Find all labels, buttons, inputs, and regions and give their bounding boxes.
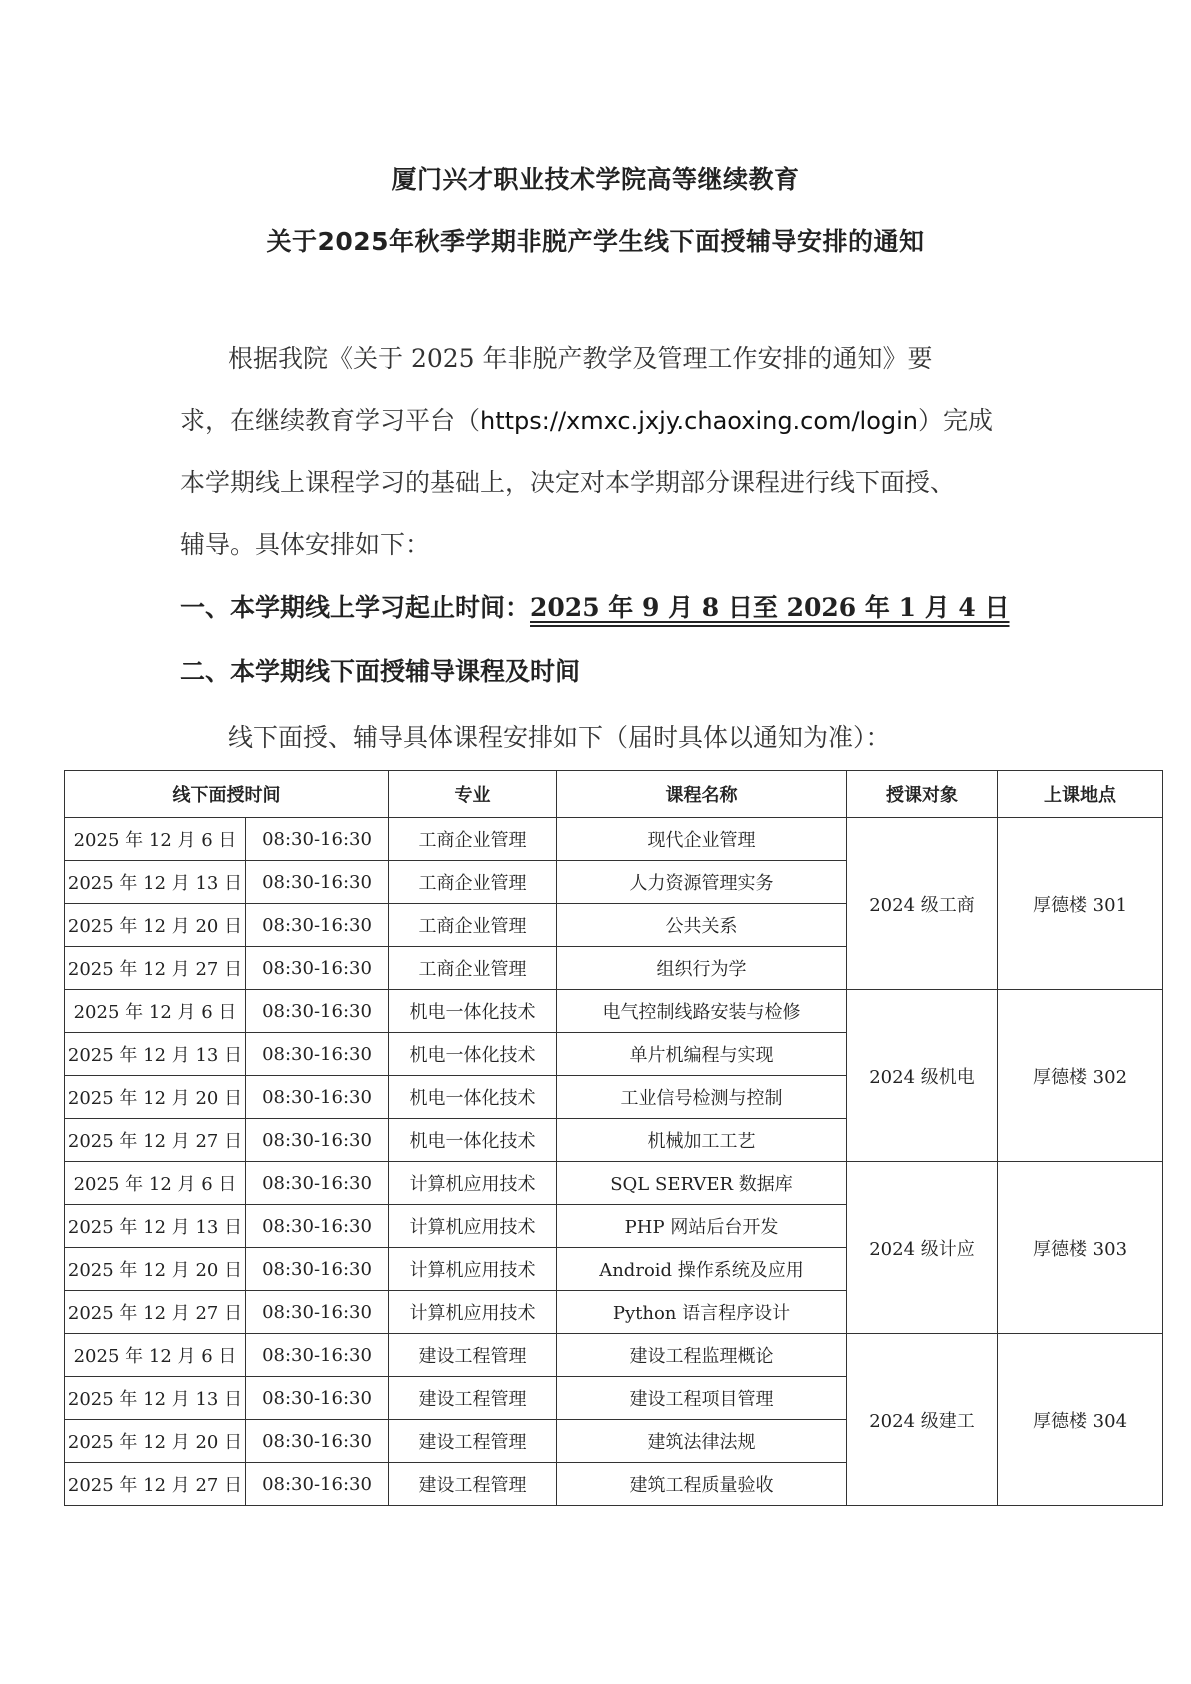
cell-major: 建设工程管理	[389, 1377, 557, 1420]
schedule-intro: 线下面授、辅导具体课程安排如下（届时具体以通知为准）：	[228, 718, 891, 754]
cell-time: 08:30-16:30	[246, 1334, 389, 1377]
cell-major: 建设工程管理	[389, 1334, 557, 1377]
cell-major: 机电一体化技术	[389, 990, 557, 1033]
cell-major: 计算机应用技术	[389, 1248, 557, 1291]
section1-date-range: 2025 年 9 月 8 日至 2026 年 1 月 4 日	[530, 593, 1009, 622]
cell-target: 2024 级工商	[847, 818, 998, 990]
cell-course: 建筑法律法规	[557, 1420, 847, 1463]
cell-course: 单片机编程与实现	[557, 1033, 847, 1076]
section1-label: 一、本学期线上学习起止时间：	[180, 593, 530, 622]
table-row: 2025 年 12 月 6 日 08:30-16:30 建设工程管理 建设工程监…	[65, 1334, 1163, 1377]
table-row: 2025 年 12 月 6 日 08:30-16:30 计算机应用技术 SQL …	[65, 1162, 1163, 1205]
cell-target: 2024 级建工	[847, 1334, 998, 1506]
cell-major: 计算机应用技术	[389, 1162, 557, 1205]
cell-major: 建设工程管理	[389, 1463, 557, 1506]
cell-time: 08:30-16:30	[246, 1119, 389, 1162]
cell-course: 电气控制线路安装与检修	[557, 990, 847, 1033]
cell-date: 2025 年 12 月 20 日	[65, 1076, 246, 1119]
body-line-4: 辅导。具体安排如下：	[180, 514, 1020, 576]
cell-date: 2025 年 12 月 13 日	[65, 1205, 246, 1248]
cell-location: 厚德楼 301	[998, 818, 1163, 990]
cell-time: 08:30-16:30	[246, 818, 389, 861]
header-target: 授课对象	[847, 771, 998, 818]
cell-time: 08:30-16:30	[246, 947, 389, 990]
cell-date: 2025 年 12 月 20 日	[65, 1420, 246, 1463]
cell-target: 2024 级机电	[847, 990, 998, 1162]
cell-date: 2025 年 12 月 13 日	[65, 1377, 246, 1420]
cell-date: 2025 年 12 月 6 日	[65, 818, 246, 861]
cell-time: 08:30-16:30	[246, 1463, 389, 1506]
cell-major: 工商企业管理	[389, 904, 557, 947]
cell-date: 2025 年 12 月 20 日	[65, 904, 246, 947]
cell-time: 08:30-16:30	[246, 861, 389, 904]
cell-course: 建筑工程质量验收	[557, 1463, 847, 1506]
cell-date: 2025 年 12 月 27 日	[65, 1119, 246, 1162]
header-location: 上课地点	[998, 771, 1163, 818]
cell-time: 08:30-16:30	[246, 904, 389, 947]
cell-date: 2025 年 12 月 27 日	[65, 1291, 246, 1334]
cell-major: 计算机应用技术	[389, 1291, 557, 1334]
header-time: 线下面授时间	[65, 771, 389, 818]
cell-time: 08:30-16:30	[246, 1205, 389, 1248]
body-line-3: 本学期线上课程学习的基础上，决定对本学期部分课程进行线下面授、	[180, 452, 1020, 514]
cell-course: 工业信号检测与控制	[557, 1076, 847, 1119]
cell-date: 2025 年 12 月 20 日	[65, 1248, 246, 1291]
cell-date: 2025 年 12 月 6 日	[65, 990, 246, 1033]
cell-time: 08:30-16:30	[246, 990, 389, 1033]
cell-major: 机电一体化技术	[389, 1076, 557, 1119]
section1-heading: 一、本学期线上学习起止时间：2025 年 9 月 8 日至 2026 年 1 月…	[180, 588, 1010, 624]
cell-time: 08:30-16:30	[246, 1377, 389, 1420]
cell-date: 2025 年 12 月 27 日	[65, 1463, 246, 1506]
cell-course: 组织行为学	[557, 947, 847, 990]
cell-course: 建设工程监理概论	[557, 1334, 847, 1377]
cell-target: 2024 级计应	[847, 1162, 998, 1334]
cell-major: 建设工程管理	[389, 1420, 557, 1463]
cell-time: 08:30-16:30	[246, 1291, 389, 1334]
body-line-2: 求，在继续教育学习平台（https://xmxc.jxjy.chaoxing.c…	[180, 390, 1020, 452]
document-title-line1: 厦门兴才职业技术学院高等继续教育	[0, 160, 1191, 196]
body-paragraph: 根据我院《关于 2025 年非脱产教学及管理工作安排的通知》要 求，在继续教育学…	[180, 328, 1020, 576]
body-line-2-post: ）完成	[918, 406, 993, 435]
cell-location: 厚德楼 304	[998, 1334, 1163, 1506]
platform-url-link[interactable]: https://xmxc.jxjy.chaoxing.com/login	[480, 407, 918, 435]
table-header-row: 线下面授时间 专业 课程名称 授课对象 上课地点	[65, 771, 1163, 818]
cell-location: 厚德楼 302	[998, 990, 1163, 1162]
cell-time: 08:30-16:30	[246, 1248, 389, 1291]
body-line-1: 根据我院《关于 2025 年非脱产教学及管理工作安排的通知》要	[180, 328, 1020, 390]
cell-course: SQL SERVER 数据库	[557, 1162, 847, 1205]
cell-time: 08:30-16:30	[246, 1420, 389, 1463]
cell-course: PHP 网站后台开发	[557, 1205, 847, 1248]
cell-date: 2025 年 12 月 27 日	[65, 947, 246, 990]
cell-course: Python 语言程序设计	[557, 1291, 847, 1334]
schedule-table: 线下面授时间 专业 课程名称 授课对象 上课地点 2025 年 12 月 6 日…	[64, 770, 1163, 1506]
document-title-line2: 关于2025年秋季学期非脱产学生线下面授辅导安排的通知	[0, 222, 1191, 258]
section2-heading: 二、本学期线下面授辅导课程及时间	[180, 652, 580, 688]
cell-major: 计算机应用技术	[389, 1205, 557, 1248]
cell-date: 2025 年 12 月 13 日	[65, 1033, 246, 1076]
header-course: 课程名称	[557, 771, 847, 818]
cell-date: 2025 年 12 月 6 日	[65, 1334, 246, 1377]
cell-major: 机电一体化技术	[389, 1119, 557, 1162]
cell-location: 厚德楼 303	[998, 1162, 1163, 1334]
cell-date: 2025 年 12 月 6 日	[65, 1162, 246, 1205]
cell-major: 工商企业管理	[389, 818, 557, 861]
cell-date: 2025 年 12 月 13 日	[65, 861, 246, 904]
cell-time: 08:30-16:30	[246, 1076, 389, 1119]
header-major: 专业	[389, 771, 557, 818]
cell-major: 机电一体化技术	[389, 1033, 557, 1076]
cell-course: Android 操作系统及应用	[557, 1248, 847, 1291]
table-row: 2025 年 12 月 6 日 08:30-16:30 工商企业管理 现代企业管…	[65, 818, 1163, 861]
body-line-2-pre: 求，在继续教育学习平台（	[180, 406, 480, 435]
cell-major: 工商企业管理	[389, 947, 557, 990]
cell-course: 现代企业管理	[557, 818, 847, 861]
cell-course: 公共关系	[557, 904, 847, 947]
cell-major: 工商企业管理	[389, 861, 557, 904]
cell-course: 建设工程项目管理	[557, 1377, 847, 1420]
cell-course: 人力资源管理实务	[557, 861, 847, 904]
cell-course: 机械加工工艺	[557, 1119, 847, 1162]
cell-time: 08:30-16:30	[246, 1033, 389, 1076]
cell-time: 08:30-16:30	[246, 1162, 389, 1205]
table-row: 2025 年 12 月 6 日 08:30-16:30 机电一体化技术 电气控制…	[65, 990, 1163, 1033]
